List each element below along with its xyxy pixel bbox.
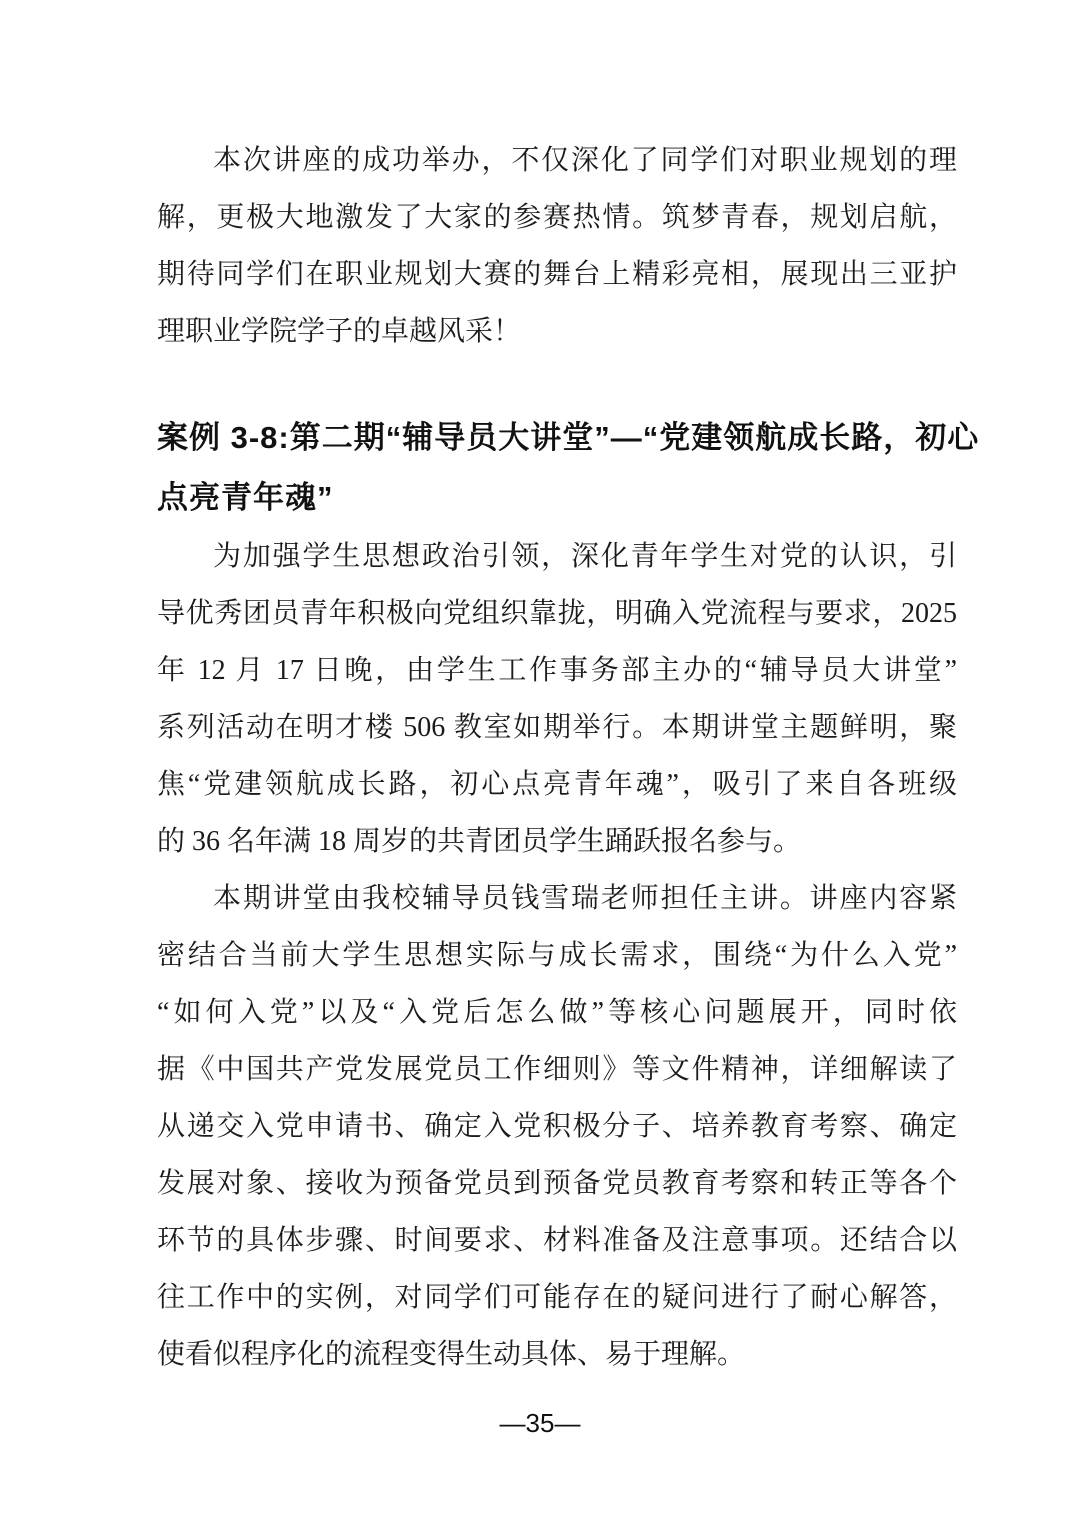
text-line: 理职业学院学子的卓越风采！: [157, 303, 957, 360]
heading-line: 点亮青年魂”: [157, 468, 957, 528]
page-number: —35—: [0, 1408, 1080, 1439]
text-line: 焦“党建领航成长路，初心点亮青年魂”，吸引了来自各班级: [157, 756, 957, 813]
text-line: 系列活动在明才楼 506 教室如期举行。本期讲堂主题鲜明，聚: [157, 699, 957, 756]
text-line: 解，更极大地激发了大家的参赛热情。筑梦青春，规划启航，: [157, 189, 957, 246]
text-line: 从递交入党申请书、确定入党积极分子、培养教育考察、确定: [157, 1098, 957, 1155]
document-page: 本次讲座的成功举办，不仅深化了同学们对职业规划的理解，更极大地激发了大家的参赛热…: [0, 0, 1080, 1527]
text-line: 往工作中的实例，对同学们可能存在的疑问进行了耐心解答，: [157, 1269, 957, 1326]
paragraph-lecture-background: 为加强学生思想政治引领，深化青年学生对党的认识，引导优秀团员青年积极向党组织靠拢…: [157, 528, 957, 870]
text-line: 期待同学们在职业规划大赛的舞台上精彩亮相，展现出三亚护: [157, 246, 957, 303]
document-content: 本次讲座的成功举办，不仅深化了同学们对职业规划的理解，更极大地激发了大家的参赛热…: [157, 132, 957, 1383]
text-line: 发展对象、接收为预备党员到预备党员教育考察和转正等各个: [157, 1155, 957, 1212]
heading-case-3-8: 案例 3-8:第二期“辅导员大讲堂”—“党建领航成长路，初心点亮青年魂”: [157, 408, 957, 528]
text-line: 本次讲座的成功举办，不仅深化了同学们对职业规划的理: [157, 132, 957, 189]
text-line: 的 36 名年满 18 周岁的共青团员学生踊跃报名参与。: [157, 813, 957, 870]
text-line: 据《中国共产党发展党员工作细则》等文件精神，详细解读了: [157, 1041, 957, 1098]
text-line: 密结合当前大学生思想实际与成长需求，围绕“为什么入党”: [157, 927, 957, 984]
text-line: 环节的具体步骤、时间要求、材料准备及注意事项。还结合以: [157, 1212, 957, 1269]
paragraph-lecture-content: 本期讲堂由我校辅导员钱雪瑞老师担任主讲。讲座内容紧密结合当前大学生思想实际与成长…: [157, 870, 957, 1383]
paragraph-career-lecture-closing: 本次讲座的成功举办，不仅深化了同学们对职业规划的理解，更极大地激发了大家的参赛热…: [157, 132, 957, 360]
text-line: 为加强学生思想政治引领，深化青年学生对党的认识，引: [157, 528, 957, 585]
text-line: 年 12 月 17 日晚，由学生工作事务部主办的“辅导员大讲堂”: [157, 642, 957, 699]
text-line: 导优秀团员青年积极向党组织靠拢，明确入党流程与要求，2025: [157, 585, 957, 642]
text-line: “如何入党”以及“入党后怎么做”等核心问题展开，同时依: [157, 984, 957, 1041]
text-line: 本期讲堂由我校辅导员钱雪瑞老师担任主讲。讲座内容紧: [157, 870, 957, 927]
heading-line: 案例 3-8:第二期“辅导员大讲堂”—“党建领航成长路，初心: [157, 408, 957, 468]
text-line: 使看似程序化的流程变得生动具体、易于理解。: [157, 1326, 957, 1383]
